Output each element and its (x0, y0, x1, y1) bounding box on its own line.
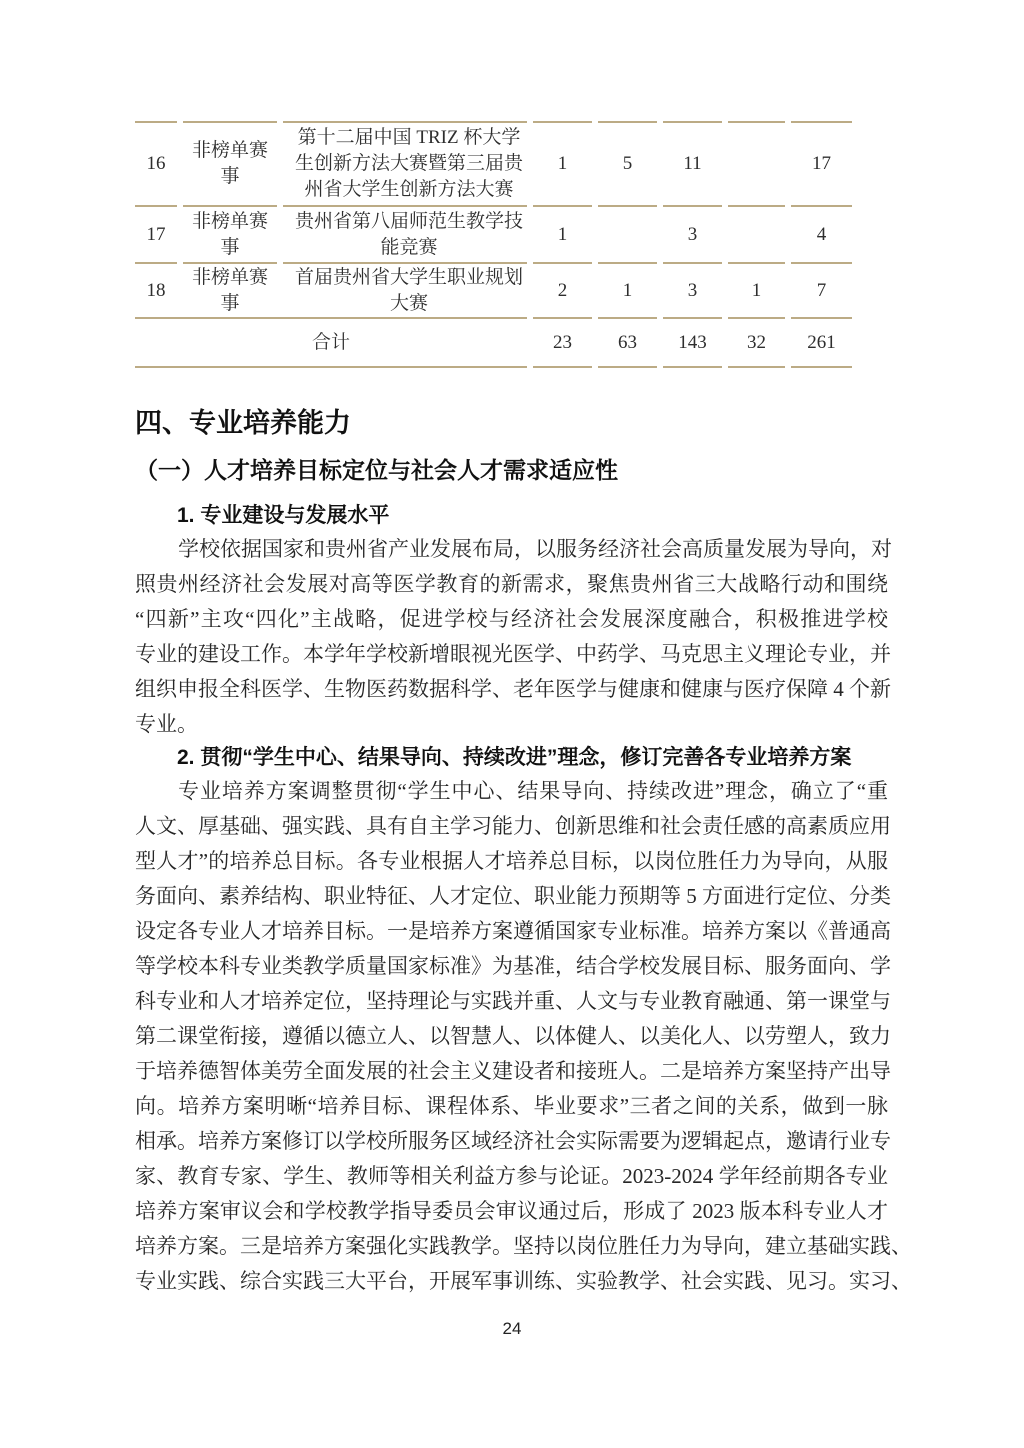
row-value (728, 205, 785, 262)
row-no: 18 (135, 262, 177, 317)
row-category: 非榜单赛事 (183, 121, 277, 205)
row-value: 1 (533, 121, 592, 205)
row-value: 3 (663, 262, 722, 317)
text-line: 相承。培养方案修订以学校所服务区域经济社会实际需要为逻辑起点，邀请行业专 (135, 1124, 888, 1159)
text-line: 培养方案。三是培养方案强化实践教学。坚持以岗位胜任力为导向，建立基础实践、 (135, 1229, 888, 1264)
item-heading-2: 2. 贯彻“学生中心、结果导向、持续改进”理念，修订完善各专业培养方案 (135, 742, 889, 774)
text-line: 组织申报全科医学、生物医药数据科学、老年医学与健康和健康与医疗保障 4 个新 (135, 672, 888, 707)
row-value: 1 (533, 205, 592, 262)
text-line: 专业。 (135, 707, 888, 742)
text-line: 专业实践、综合实践三大平台，开展军事训练、实验教学、社会实践、见习。实习、 (135, 1264, 888, 1299)
row-total: 7 (791, 262, 852, 317)
text-line: 设定各专业人才培养目标。一是培养方案遵循国家专业标准。培养方案以《普通高 (135, 914, 888, 949)
document-page: 16 非榜单赛事 第十二届中国 TRIZ 杯大学生创新方法大赛暨第三届贵州省大学… (0, 0, 1024, 1448)
text-line: 培养方案审议会和学校教学指导委员会审议通过后，形成了 2023 版本科专业人才 (135, 1194, 888, 1229)
row-value (728, 121, 785, 205)
summary-value: 32 (728, 317, 785, 368)
page-number: 24 (135, 1315, 889, 1343)
row-category: 非榜单赛事 (183, 205, 277, 262)
summary-value: 23 (533, 317, 592, 368)
table-summary-row: 合计 23 63 143 32 261 (135, 317, 852, 368)
text-line: “四新”主攻“四化”主战略，促进学校与经济社会发展深度融合，积极推进学校 (135, 602, 888, 637)
table-row: 18 非榜单赛事 首届贵州省大学生职业规划大赛 2 1 3 1 7 (135, 262, 852, 317)
text-line: 专业培养方案调整贯彻“学生中心、结果导向、持续改进”理念，确立了“重 (135, 774, 888, 809)
row-total: 4 (791, 205, 852, 262)
summary-total: 261 (791, 317, 852, 368)
competition-results-table: 16 非榜单赛事 第十二届中国 TRIZ 杯大学生创新方法大赛暨第三届贵州省大学… (129, 121, 858, 368)
section-heading: 四、专业培养能力 (135, 406, 889, 440)
row-value: 2 (533, 262, 592, 317)
row-value: 5 (598, 121, 657, 205)
text-line: 等学校本科专业类教学质量国家标准》为基准，结合学校发展目标、服务面向、学 (135, 949, 888, 984)
row-value: 1 (598, 262, 657, 317)
text-line: 专业的建设工作。本学年学校新增眼视光医学、中药学、马克思主义理论专业，并 (135, 637, 888, 672)
page-content: 16 非榜单赛事 第十二届中国 TRIZ 杯大学生创新方法大赛暨第三届贵州省大学… (0, 121, 1024, 1343)
item-heading-1: 1. 专业建设与发展水平 (135, 500, 889, 532)
competition-results-table-wrap: 16 非榜单赛事 第十二届中国 TRIZ 杯大学生创新方法大赛暨第三届贵州省大学… (129, 121, 889, 368)
row-no: 16 (135, 121, 177, 205)
row-no: 17 (135, 205, 177, 262)
text-line: 人文、厚基础、强实践、具有自主学习能力、创新思维和社会责任感的高素质应用 (135, 809, 888, 844)
row-total: 17 (791, 121, 852, 205)
table-row: 16 非榜单赛事 第十二届中国 TRIZ 杯大学生创新方法大赛暨第三届贵州省大学… (135, 121, 852, 205)
text-line: 型人才”的培养总目标。各专业根据人才培养总目标，以岗位胜任力为导向，从服 (135, 844, 888, 879)
row-value (598, 205, 657, 262)
text-line: 务面向、素养结构、职业特征、人才定位、职业能力预期等 5 方面进行定位、分类 (135, 879, 888, 914)
row-competition-name: 首届贵州省大学生职业规划大赛 (283, 262, 527, 317)
row-category: 非榜单赛事 (183, 262, 277, 317)
text-line: 家、教育专家、学生、教师等相关利益方参与论证。2023-2024 学年经前期各专… (135, 1159, 888, 1194)
paragraph-1: 学校依据国家和贵州省产业发展布局，以服务经济社会高质量发展为导向，对 照贵州经济… (135, 532, 888, 742)
summary-value: 63 (598, 317, 657, 368)
paragraph-2: 专业培养方案调整贯彻“学生中心、结果导向、持续改进”理念，确立了“重 人文、厚基… (135, 774, 888, 1299)
table-row: 17 非榜单赛事 贵州省第八届师范生教学技能竞赛 1 3 4 (135, 205, 852, 262)
subsection-heading: （一）人才培养目标定位与社会人才需求适应性 (135, 454, 889, 486)
text-line: 学校依据国家和贵州省产业发展布局，以服务经济社会高质量发展为导向，对 (135, 532, 888, 567)
text-line: 向。培养方案明晰“培养目标、课程体系、毕业要求”三者之间的关系，做到一脉 (135, 1089, 888, 1124)
row-competition-name: 第十二届中国 TRIZ 杯大学生创新方法大赛暨第三届贵州省大学生创新方法大赛 (283, 121, 527, 205)
row-value: 1 (728, 262, 785, 317)
row-value: 11 (663, 121, 722, 205)
summary-label: 合计 (135, 317, 527, 368)
text-line: 于培养德智体美劳全面发展的社会主义建设者和接班人。二是培养方案坚持产出导 (135, 1054, 888, 1089)
row-competition-name: 贵州省第八届师范生教学技能竞赛 (283, 205, 527, 262)
text-line: 第二课堂衔接，遵循以德立人、以智慧人、以体健人、以美化人、以劳塑人，致力 (135, 1019, 888, 1054)
row-value: 3 (663, 205, 722, 262)
summary-value: 143 (663, 317, 722, 368)
text-line: 科专业和人才培养定位，坚持理论与实践并重、人文与专业教育融通、第一课堂与 (135, 984, 888, 1019)
text-line: 照贵州经济社会发展对高等医学教育的新需求，聚焦贵州省三大战略行动和围绕 (135, 567, 888, 602)
